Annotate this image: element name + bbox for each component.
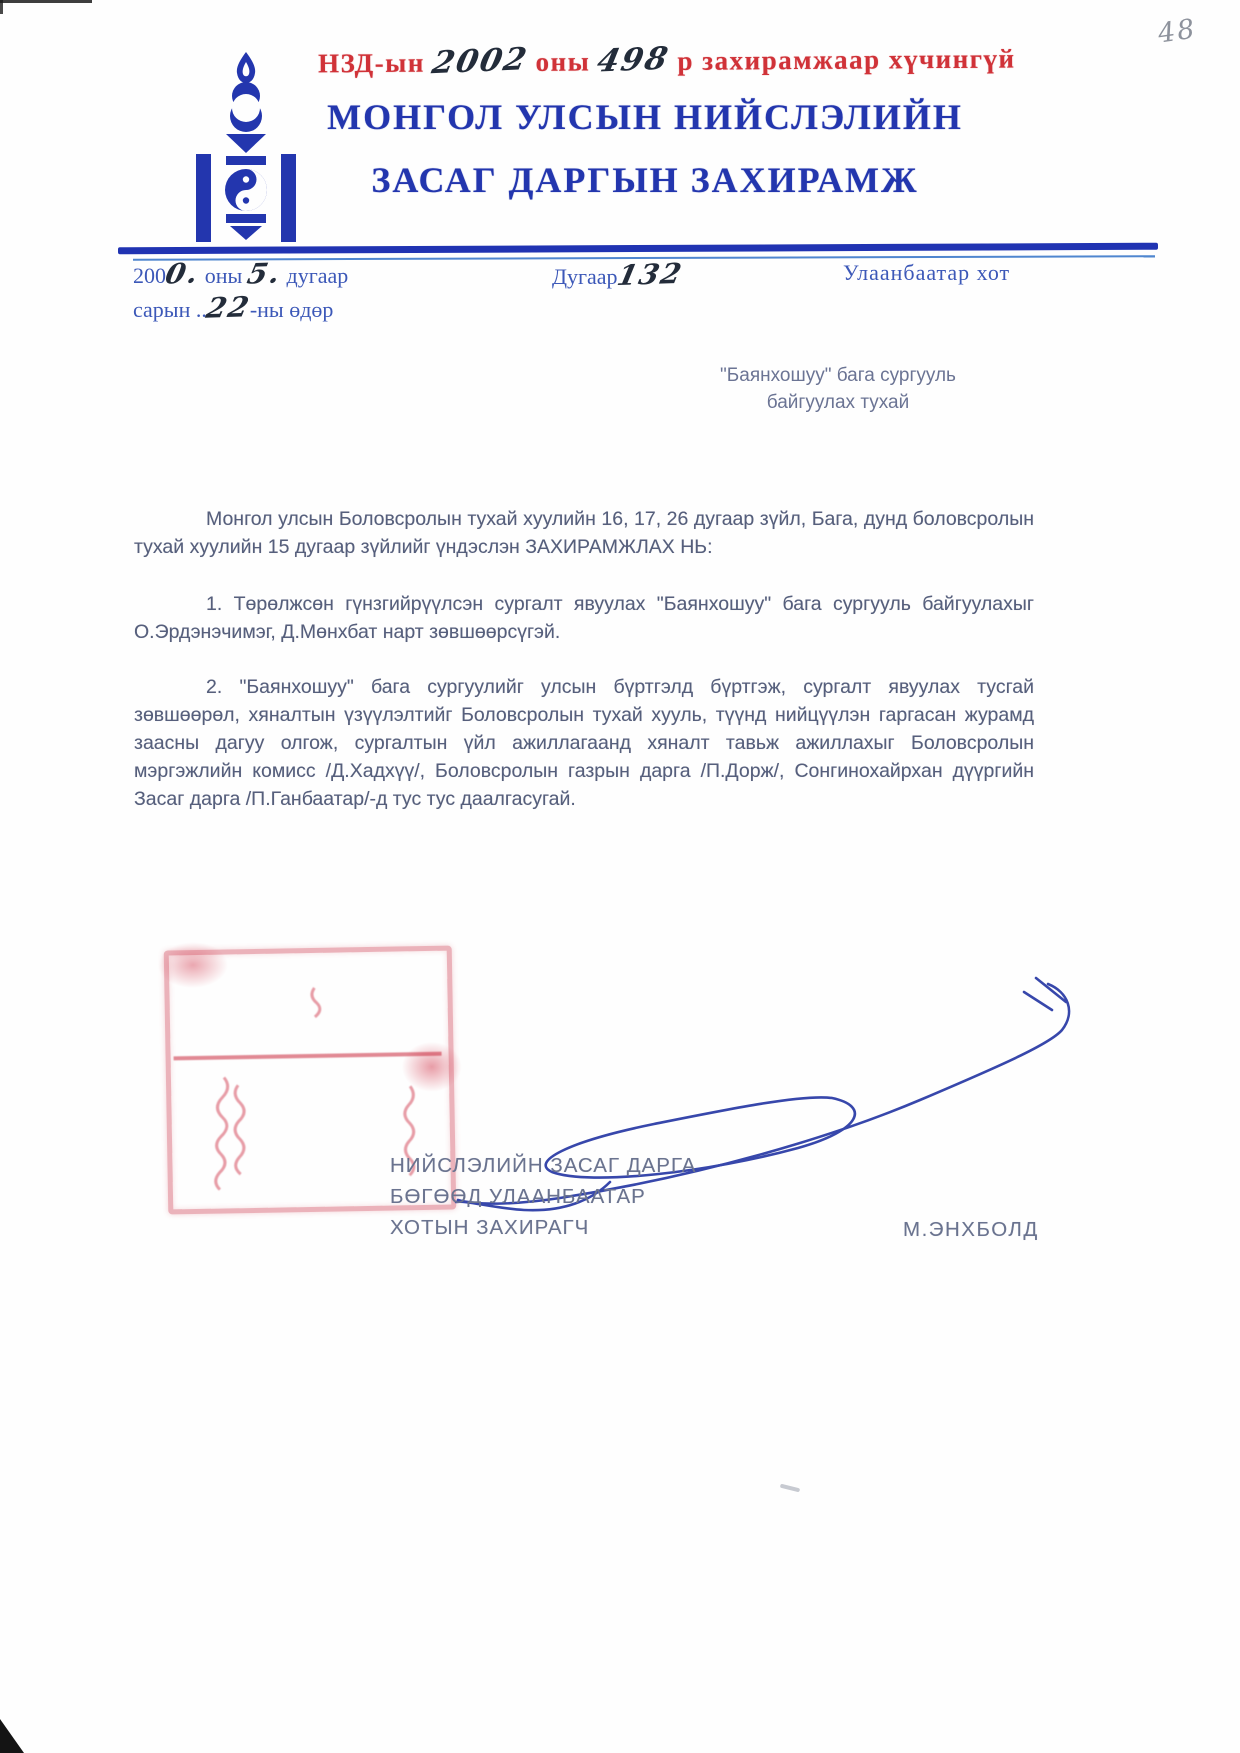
scan-edge-artifact-left — [0, 0, 3, 14]
handwritten-day: 22 — [203, 291, 253, 324]
scan-edge-artifact-top — [0, 0, 92, 3]
signatory-name: М.ЭНХБОЛД — [903, 1218, 1039, 1242]
letterhead-title-line1: МОНГОЛ УЛСЫН НИЙСЛЭЛИЙН — [300, 96, 990, 138]
invalidation-stamp-line: НЗД-ын 2002 оны 498 р захирамжаар хүчинг… — [318, 40, 998, 81]
handwritten-decree-number: 498 — [594, 41, 673, 80]
soyombo-emblem-icon — [190, 50, 302, 242]
invalidation-suffix: р захирамжаар хүчингүй — [677, 44, 1015, 76]
signatory-title-block: НИЙСЛЭЛИЙН ЗАСАГ ДАРГА БӨГӨӨД УЛААНБААТА… — [390, 1150, 696, 1243]
date-print: сарын .. — [133, 297, 207, 322]
body-item-2: 2. "Баянхошуу" бага сургуулийг улсын бүр… — [134, 673, 1034, 813]
body-item-1: 1. Төрөлжсөн гүнзгийрүүлсэн сургалт явуу… — [134, 590, 1034, 646]
scan-smudge — [780, 1484, 800, 1493]
date-block: 2000. оны 5. дугаар сарын ..22-ны өдөр — [133, 258, 463, 326]
city-label: Улаанбаатар хот — [843, 260, 1010, 286]
invalidation-middle: оны — [535, 46, 590, 76]
body-intro-paragraph: Монгол улсын Боловсролын тухай хуулийн 1… — [134, 505, 1034, 561]
subject-block: "Баянхошуу" бага сургууль байгуулах туха… — [686, 362, 990, 416]
signatory-title-line2: БӨГӨӨД УЛААНБААТАР — [390, 1181, 696, 1212]
signatory-title-line3: ХОТЫН ЗАХИРАГЧ — [390, 1212, 696, 1243]
date-print: дугаар — [281, 263, 348, 288]
handwritten-date-digit: 0. — [162, 257, 202, 290]
document-number-label: Дугаар — [552, 264, 618, 289]
document-number: Дугаар132 — [552, 258, 682, 291]
handwritten-month: 5. — [244, 257, 284, 290]
date-line1: 2000. оны 5. дугаар — [133, 258, 463, 292]
handwritten-year: 2002 — [429, 41, 531, 81]
letterhead: МОНГОЛ УЛСЫН НИЙСЛЭЛИЙН ЗАСАГ ДАРГЫН ЗАХ… — [300, 96, 990, 201]
page-number: 48 — [1156, 13, 1198, 49]
date-line2: сарын ..22-ны өдөр — [133, 292, 463, 326]
subject-line2: байгуулах тухай — [686, 389, 990, 416]
letterhead-title-line2: ЗАСАГ ДАРГЫН ЗАХИРАМЖ — [300, 159, 990, 201]
subject-line1: "Баянхошуу" бага сургууль — [686, 362, 990, 389]
handwritten-document-number: 132 — [614, 257, 686, 292]
date-print: 200 — [133, 263, 166, 288]
header-rule — [118, 243, 1158, 255]
invalidation-prefix: НЗД-ын — [318, 48, 425, 79]
scan-corner-artifact — [0, 1719, 24, 1753]
date-print: оны — [199, 263, 248, 288]
date-print: -ны өдөр — [250, 297, 334, 322]
signatory-title-line1: НИЙСЛЭЛИЙН ЗАСАГ ДАРГА — [390, 1150, 696, 1181]
scanned-decree-document: 48 НЗД-ын 2002 оны 498 р захирамжаар хүч… — [0, 0, 1240, 1753]
